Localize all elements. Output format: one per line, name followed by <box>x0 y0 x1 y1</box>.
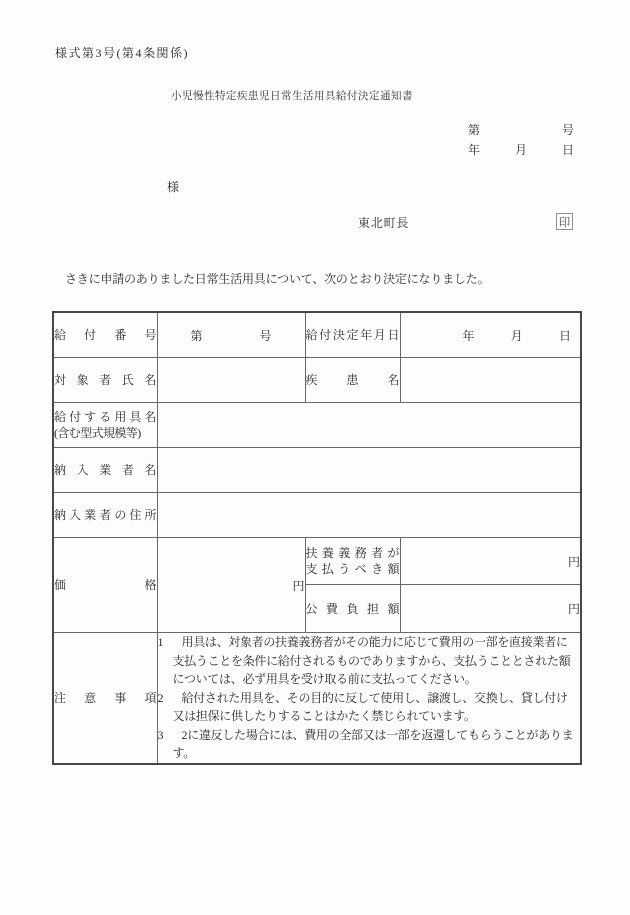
decision-date-value-frame: 年 月 日 <box>401 327 581 344</box>
grant-number-value-frame: 第 号 <box>158 327 305 344</box>
notes-label: 注意事項 <box>54 690 157 706</box>
dependent-payment-label-line1: 扶養義務者が <box>306 545 400 561</box>
dependent-payment-label-line2: 支払うべき額 <box>306 561 400 577</box>
scanned-form-page: 様式第3号(第4条関係) 小児慢性特定疾患児日常生活用具給付決定通知書 第 号 … <box>0 0 630 915</box>
supplier-name-value-cell <box>157 448 581 493</box>
decision-date-year: 年 <box>463 327 475 344</box>
equipment-label-cell: 給付する用具名 (含む型式規模等) <box>53 403 157 448</box>
public-expense-value-cell: 円 <box>400 585 581 633</box>
recipient-label-cell: 対象者氏名 <box>53 358 157 403</box>
equipment-label-line1: 給付する用具名 <box>54 409 157 425</box>
row-notes: 注意事項 1用具は、対象者の扶養義務者がその能力に応じて費用の一部を直接業者に … <box>53 633 581 765</box>
form-style-number: 様式第3号(第4条関係) <box>55 46 189 61</box>
supplier-address-label-cell: 納入業者の住所 <box>53 493 157 538</box>
row-equipment: 給付する用具名 (含む型式規模等) <box>53 403 581 448</box>
decision-date-value-cell: 年 月 日 <box>400 312 581 358</box>
grant-number-prefix: 第 <box>191 327 203 344</box>
grant-number-label: 給付番号 <box>54 327 157 343</box>
equipment-value-cell <box>157 403 581 448</box>
grant-number-value-cell: 第 号 <box>157 312 305 358</box>
row-grant-number: 給付番号 第 号 給付決定年月日 年 月 日 <box>53 312 581 358</box>
doc-number-prefix: 第 <box>468 120 480 140</box>
equipment-label-line2: (含む型式規模等) <box>54 425 157 441</box>
row-supplier-name: 納入業者名 <box>53 448 581 493</box>
supplier-name-label-cell: 納入業者名 <box>53 448 157 493</box>
row-price-dependent: 価格 円 扶養義務者が 支払うべき額 円 <box>53 538 581 585</box>
supplier-address-value-cell <box>157 493 581 538</box>
document-number-line: 第 号 <box>468 120 574 140</box>
disease-label: 疾患名 <box>306 372 400 388</box>
intro-sentence: さきに申請のありました日常生活用具について、次のとおり決定になりました。 <box>65 271 489 287</box>
decision-date-label: 給付決定年月日 <box>306 327 400 343</box>
grant-number-label-cell: 給付番号 <box>53 312 157 358</box>
note-item-1: 1用具は、対象者の扶養義務者がその能力に応じて費用の一部を直接業者に 支払うこと… <box>173 633 581 689</box>
supplier-name-label: 納入業者名 <box>54 462 157 478</box>
issuer-name: 東北町長 <box>358 216 409 231</box>
disease-label-cell: 疾患名 <box>305 358 400 403</box>
decision-date-label-cell: 給付決定年月日 <box>305 312 400 358</box>
public-expense-label-cell: 公費負担額 <box>305 585 400 633</box>
issue-date-line: 年 月 日 <box>468 140 574 160</box>
row-recipient: 対象者氏名 疾患名 <box>53 358 581 403</box>
date-month-label: 月 <box>515 140 527 160</box>
price-label-cell: 価格 <box>53 538 157 633</box>
note-number-2: 2 <box>158 689 182 708</box>
decision-date-month: 月 <box>511 327 523 344</box>
decision-date-day: 日 <box>559 327 571 344</box>
addressee-honorific: 様 <box>167 180 179 195</box>
grant-decision-table: 給付番号 第 号 給付決定年月日 年 月 日 対象者氏名 <box>52 311 582 765</box>
recipient-label: 対象者氏名 <box>54 372 157 388</box>
doc-number-suffix: 号 <box>562 120 574 140</box>
note-number-1: 1 <box>158 633 182 652</box>
note-text-3: 2に違反した場合には、費用の全部又は一部を返還してもらうことがありま す。 <box>173 728 574 761</box>
public-expense-label: 公費負担額 <box>306 601 400 617</box>
price-value-cell: 円 <box>157 538 305 633</box>
price-label: 価格 <box>54 577 157 593</box>
notes-label-cell: 注意事項 <box>53 633 157 765</box>
dependent-payment-value-cell: 円 <box>400 538 581 585</box>
row-supplier-address: 納入業者の住所 <box>53 493 581 538</box>
note-text-1: 用具は、対象者の扶養義務者がその能力に応じて費用の一部を直接業者に 支払うことを… <box>173 635 571 686</box>
document-number-block: 第 号 年 月 日 <box>468 120 574 160</box>
grant-number-suffix: 号 <box>259 327 271 344</box>
recipient-value-cell <box>157 358 305 403</box>
document-title: 小児慢性特定疾患児日常生活用具給付決定通知書 <box>0 88 584 103</box>
note-text-2: 給付された用具を、その目的に反して使用し、譲渡し、交換し、貸し付け 又は担保に供… <box>173 691 568 724</box>
note-number-3: 3 <box>158 726 182 745</box>
disease-value-cell <box>400 358 581 403</box>
note-item-3: 32に違反した場合には、費用の全部又は一部を返還してもらうことがありま す。 <box>173 726 581 763</box>
date-year-label: 年 <box>468 140 480 160</box>
notes-text-cell: 1用具は、対象者の扶養義務者がその能力に応じて費用の一部を直接業者に 支払うこと… <box>157 633 581 765</box>
supplier-address-label: 納入業者の住所 <box>54 507 157 523</box>
note-item-2: 2給付された用具を、その目的に反して使用し、譲渡し、交換し、貸し付け 又は担保に… <box>173 689 581 726</box>
dependent-payment-label-cell: 扶養義務者が 支払うべき額 <box>305 538 400 585</box>
seal-stamp-mark: 印 <box>556 213 573 230</box>
date-day-label: 日 <box>562 140 574 160</box>
